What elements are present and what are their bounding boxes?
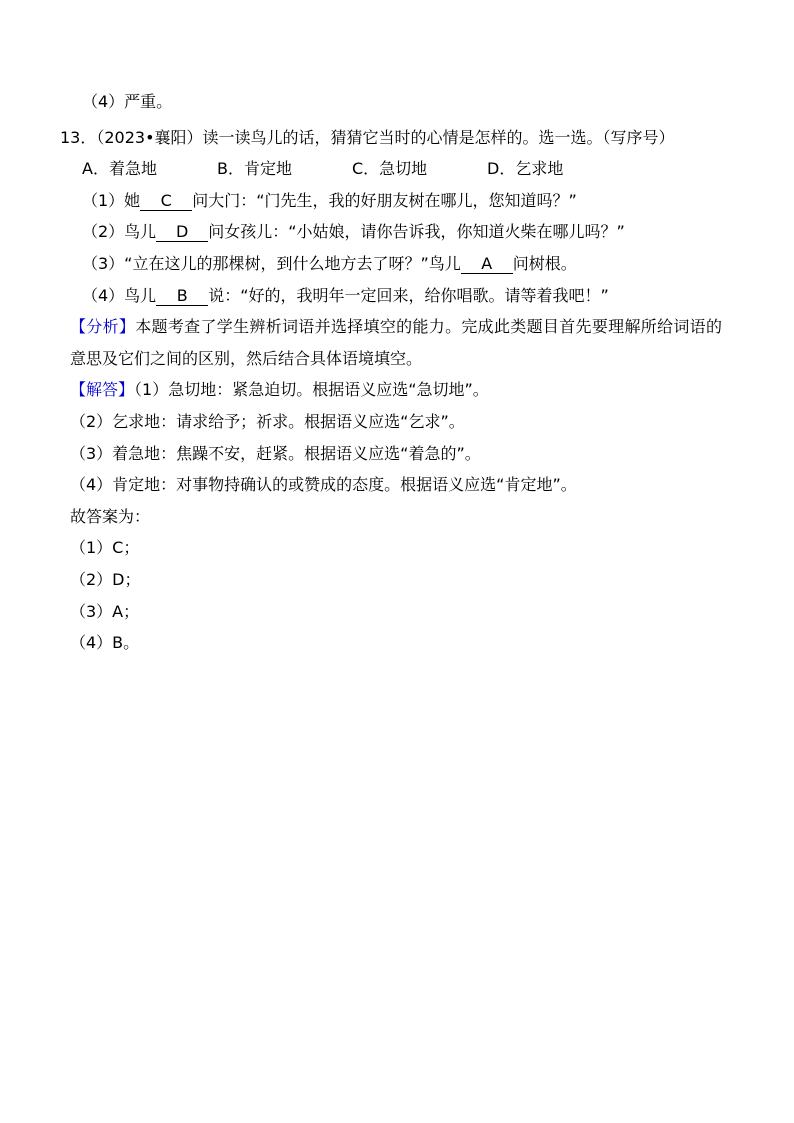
solution-conclusion-line: 故答案为： [60, 501, 742, 533]
solution-explanation-4: （4）肯定地：对事物持确认的或赞成的态度。根据语义应选“肯定地”。 [60, 469, 742, 501]
analysis-text: 本题考查了学生辨析词语并选择填空的能力。完成此类题目首先要理解所给词语的意思及它… [70, 317, 722, 368]
option-b: B．肯定地 [217, 153, 352, 185]
question-13-line: 13．（2023•襄阳）读一读鸟儿的话，猜猜它当时的心情是怎样的。选一选。（写序… [60, 122, 742, 154]
answer-blank-2: D [156, 222, 208, 242]
sub-question-3-prefix: （3）“立在这儿的那棵树，到什么地方去了呀？”鸟儿 [82, 254, 461, 273]
option-d: D．乞求地 [487, 153, 563, 185]
sub-question-4: （4）鸟儿B说：“好的，我明年一定回来，给你唱歌。请等着我吧！” [60, 280, 742, 312]
options-line: A．着急地B．肯定地C．急切地D．乞求地 [60, 153, 742, 185]
solution-explanation-2: （2）乞求地：请求给予；祈求。根据语义应选“乞求”。 [60, 406, 742, 438]
answer-blank-1: C [140, 191, 192, 211]
option-a: A．着急地 [82, 153, 217, 185]
sub-question-2-suffix: 问女孩儿：“小姑娘，请你告诉我，你知道火柴在哪儿吗？” [208, 222, 625, 241]
sub-question-3: （3）“立在这儿的那棵树，到什么地方去了呀？”鸟儿A问树根。 [60, 248, 742, 280]
final-answer-1: （1）C； [60, 532, 742, 564]
final-answer-3: （3）A； [60, 596, 742, 628]
analysis-paragraph: 【分析】本题考查了学生辨析词语并选择填空的能力。完成此类题目首先要理解所给词语的… [60, 311, 722, 374]
sub-question-1-suffix: 问大门：“门先生，我的好朋友树在哪儿，您知道吗？” [192, 191, 577, 210]
answer-blank-3: A [461, 254, 513, 274]
sub-question-4-prefix: （4）鸟儿 [82, 286, 156, 305]
answer-blank-4: B [156, 286, 208, 306]
solution-intro-line: 【解答】（1）急切地：紧急迫切。根据语义应选“急切地”。 [60, 374, 742, 406]
final-answer-4: （4）B。 [60, 627, 742, 659]
solution-intro: （1）急切地：紧急迫切。根据语义应选“急切地”。 [134, 380, 489, 399]
sub-question-1: （1）她C问大门：“门先生，我的好朋友树在哪儿，您知道吗？” [60, 185, 742, 217]
question-number: 13． [60, 128, 96, 147]
analysis-tag: 【分析】 [70, 317, 135, 336]
prev-answer-line: （4）严重。 [60, 86, 742, 118]
sub-question-1-prefix: （1）她 [82, 191, 140, 210]
document-page: （4）严重。 13．（2023•襄阳）读一读鸟儿的话，猜猜它当时的心情是怎样的。… [0, 0, 794, 1123]
option-c: C．急切地 [352, 153, 487, 185]
solution-tag: 【解答】 [70, 380, 134, 399]
sub-question-2: （2）鸟儿D问女孩儿：“小姑娘，请你告诉我，你知道火柴在哪儿吗？” [60, 216, 742, 248]
solution-explanation-3: （3）着急地：焦躁不安，赶紧。根据语义应选“着急的”。 [60, 438, 742, 470]
sub-question-2-prefix: （2）鸟儿 [82, 222, 156, 241]
sub-question-4-suffix: 说：“好的，我明年一定回来，给你唱歌。请等着我吧！” [208, 286, 609, 305]
document-content: （4）严重。 13．（2023•襄阳）读一读鸟儿的话，猜猜它当时的心情是怎样的。… [60, 86, 742, 659]
final-answer-2: （2）D； [60, 564, 742, 596]
question-source: （2023•襄阳） [96, 128, 202, 147]
question-stem: 读一读鸟儿的话，猜猜它当时的心情是怎样的。选一选。（写序号） [203, 128, 675, 147]
sub-question-3-suffix: 问树根。 [513, 254, 577, 273]
